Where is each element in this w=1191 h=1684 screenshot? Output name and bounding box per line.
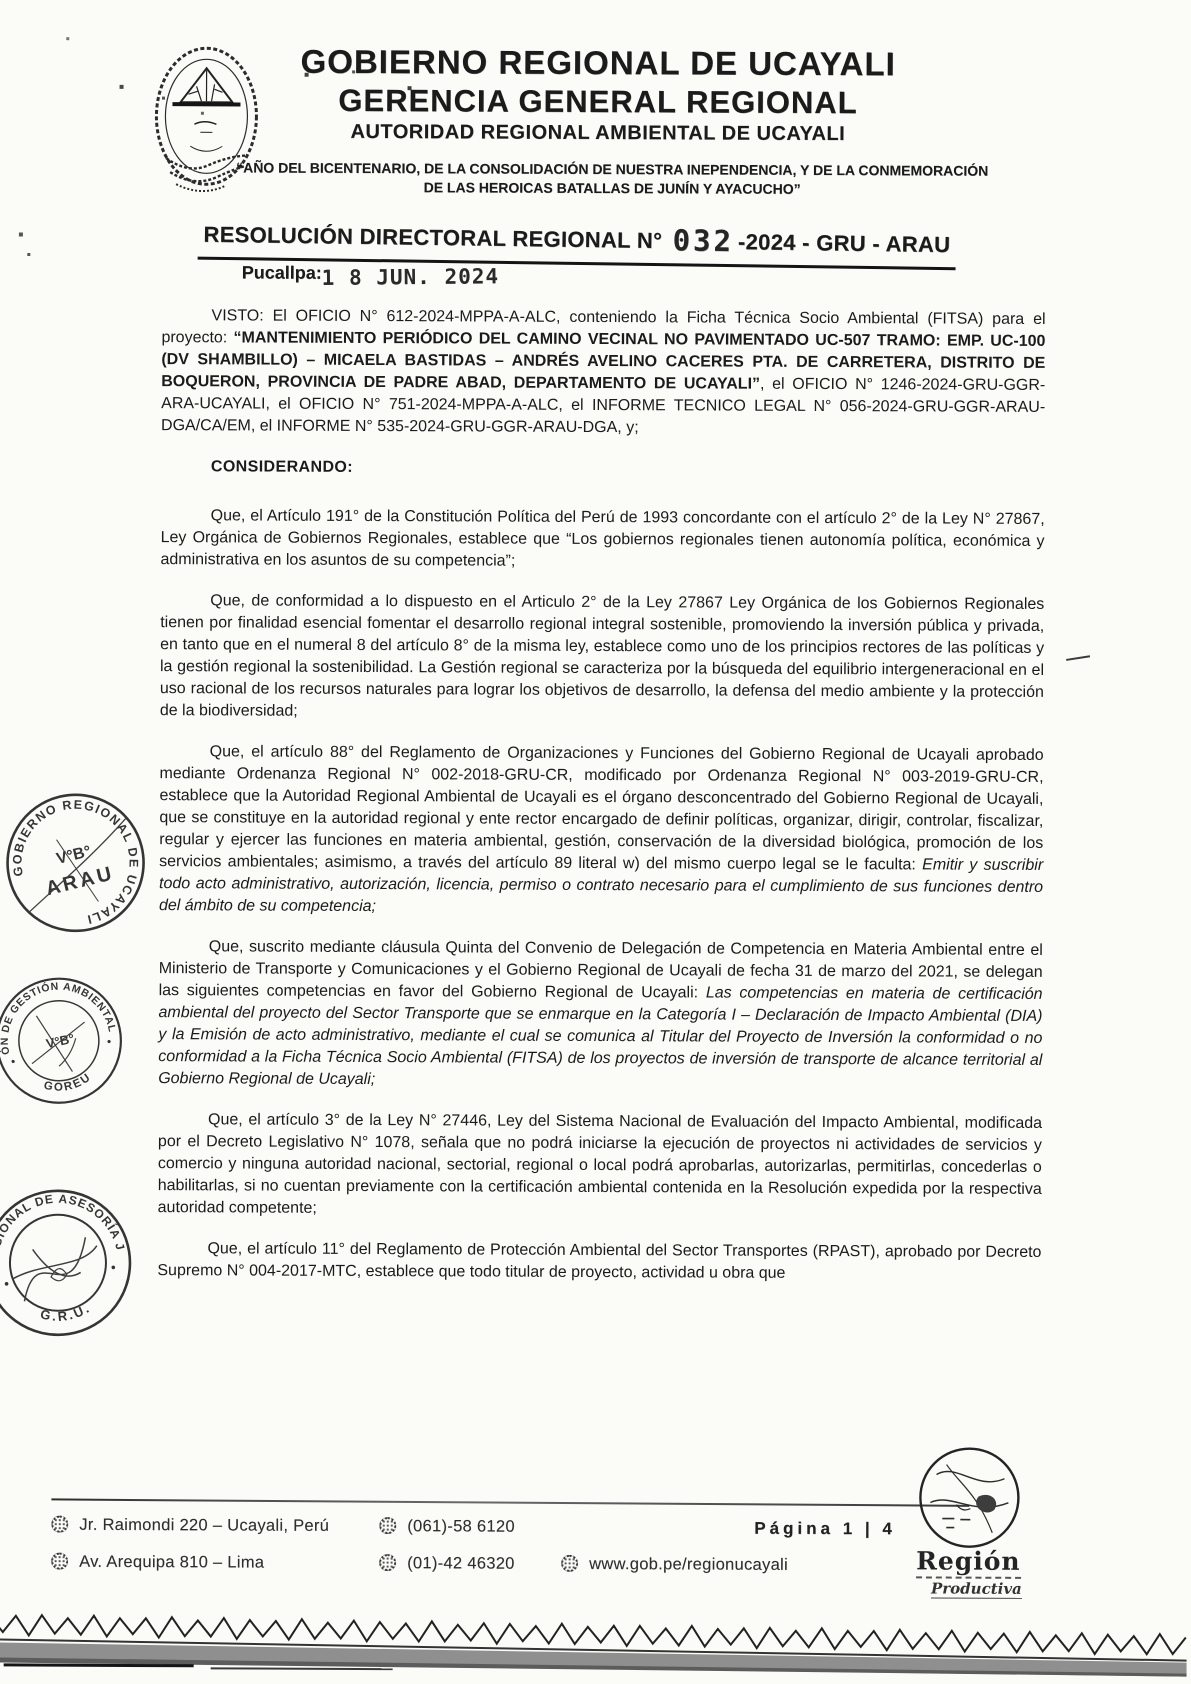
body-paragraph: Que, el artículo 88° del Reglamento de O… bbox=[159, 741, 1044, 921]
location-icon bbox=[51, 1553, 68, 1570]
place-label: Pucallpa: bbox=[242, 262, 322, 283]
considerando-heading: CONSIDERANDO: bbox=[161, 456, 1045, 482]
document-page: GOBIERNO REGIONAL DE UCAYALI GERENCIA GE… bbox=[0, 0, 1191, 1684]
footer-divider bbox=[51, 1498, 969, 1506]
resolution-title-suffix: -2024 - GRU - ARAU bbox=[738, 229, 951, 257]
svg-text:G.R.U.: G.R.U. bbox=[37, 1299, 95, 1328]
phone-icon bbox=[379, 1517, 396, 1534]
resolution-title-prefix: RESOLUCIÓN DIRECTORAL REGIONAL N° bbox=[203, 222, 662, 253]
location-icon bbox=[51, 1516, 68, 1533]
stamp-dga-label: GOREU bbox=[40, 1070, 95, 1098]
date-stamp: 1 8 JUN. 2024 bbox=[322, 264, 500, 290]
globe-icon bbox=[561, 1555, 578, 1572]
stamp-oraj-ring-text: OFICINA REGIONAL DE ASESORÍA JURÍDICA bbox=[0, 1163, 128, 1275]
footer-phone-1: (061)-58 6120 bbox=[379, 1517, 515, 1537]
body-paragraph: Que, de conformidad a lo dispuesto en el… bbox=[160, 590, 1045, 726]
zigzag-border bbox=[0, 1605, 1187, 1682]
footer-phone-1-text: (061)-58 6120 bbox=[407, 1517, 515, 1535]
footer-address-1: Jr. Raimondi 220 – Ucayali, Perú bbox=[51, 1516, 329, 1536]
org-title-line2: GERENCIA GENERAL REGIONAL bbox=[2, 81, 1191, 122]
footer-address-2-text: Av. Arequipa 810 – Lima bbox=[79, 1553, 264, 1572]
body-paragraph: Que, suscrito mediante cláusula Quinta d… bbox=[158, 936, 1043, 1094]
stamp-dga-signature bbox=[23, 1006, 94, 1079]
footer-address-2: Av. Arequipa 810 – Lima bbox=[51, 1553, 264, 1573]
body-paragraph: Que, el Artículo 191° de la Constitución… bbox=[160, 505, 1044, 575]
footer-website-text: www.gob.pe/regionucayali bbox=[589, 1555, 788, 1574]
svg-text:OFICINA REGIONAL DE ASESORÍA J: OFICINA REGIONAL DE ASESORÍA JURÍDICA bbox=[0, 1163, 128, 1275]
footer-phone-2: (01)-42 46320 bbox=[379, 1554, 515, 1574]
footer-phone-2-text: (01)-42 46320 bbox=[407, 1554, 515, 1572]
margin-pen-mark bbox=[1066, 655, 1090, 661]
scanned-content: GOBIERNO REGIONAL DE UCAYALI GERENCIA GE… bbox=[0, 0, 1191, 1684]
region-logo-title: Región bbox=[916, 1546, 1021, 1578]
stamp-arau: GOBIERNO REGIONAL DE UCAYALI V°B° ARAU bbox=[0, 760, 180, 970]
stamp-arau-label: ARAU bbox=[44, 862, 117, 900]
considerando-paragraphs: Que, el Artículo 191° de la Constitución… bbox=[157, 505, 1044, 1286]
body-paragraph: Que, el artículo 3° de la Ley N° 27446, … bbox=[158, 1109, 1042, 1223]
stamp-oraj-gru: OFICINA REGIONAL DE ASESORÍA JURÍDICA G.… bbox=[0, 1163, 159, 1368]
year-motto: “AÑO DEL BICENTENARIO, DE LA CONSOLIDACI… bbox=[227, 158, 997, 199]
page-indicator: Página 1 | 4 bbox=[754, 1519, 896, 1540]
resolution-number-stamp: 032 bbox=[672, 223, 734, 258]
org-title-line1: GOBIERNO REGIONAL DE UCAYALI bbox=[3, 41, 1191, 84]
stamp-arau-vb: V°B° bbox=[55, 843, 93, 868]
stamp-oraj-signature bbox=[8, 1236, 103, 1303]
body-paragraph: Que, el artículo 11° del Reglamento de P… bbox=[157, 1238, 1041, 1286]
stamp-dga-goreu: DIRECCIÓN DE GESTIÓN AMBIENTAL “ARAU” GO… bbox=[0, 952, 149, 1134]
footer-website: www.gob.pe/regionucayali bbox=[561, 1555, 788, 1575]
footer-address-1-text: Jr. Raimondi 220 – Ucayali, Perú bbox=[79, 1516, 329, 1535]
stamp-oraj-label: G.R.U. bbox=[37, 1299, 95, 1328]
visto-paragraph: VISTO: El OFICIO N° 612-2024-MPPA-A-ALC,… bbox=[161, 305, 1046, 441]
phone-icon bbox=[379, 1554, 396, 1571]
region-logo-subtitle: Productiva bbox=[931, 1579, 1022, 1598]
region-productiva-logo-icon bbox=[916, 1444, 1022, 1555]
body-column: VISTO: El OFICIO N° 612-2024-MPPA-A-ALC,… bbox=[157, 305, 1045, 1305]
svg-text:GOREU: GOREU bbox=[40, 1070, 95, 1098]
